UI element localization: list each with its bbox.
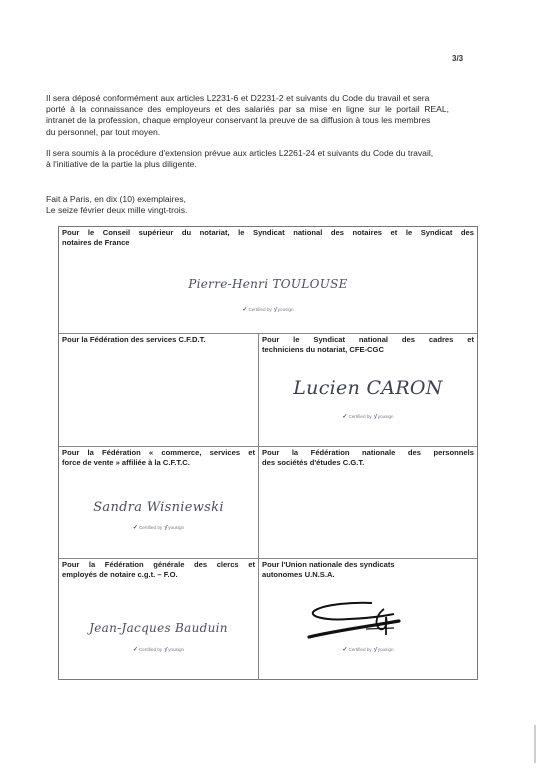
cell-title-line: Pour le Syndicat national des cadres et xyxy=(262,335,474,345)
certified-badge: ✓Certified by ƴyousign xyxy=(59,524,258,531)
certified-badge: ✓Certified by ƴyousign xyxy=(59,646,258,653)
signer-name: Pierre-Henri TOULOUSE xyxy=(59,277,477,291)
check-icon: ✓ xyxy=(342,647,347,653)
cell-title: Pour la Fédération des services C.F.D.T. xyxy=(59,334,258,346)
signature-cell-cgt: Pour la Fédération nationale des personn… xyxy=(259,447,477,558)
yousign-logo-icon: ƴ xyxy=(374,414,377,420)
certified-badge: ✓Certified by ƴyousign xyxy=(259,413,477,420)
certified-label: Certified by xyxy=(248,307,271,312)
certified-label: Certified by xyxy=(139,647,162,652)
signer-name: Jean-Jacques Bauduin xyxy=(59,621,258,635)
cell-title: Pour l'Union nationale des syndicats aut… xyxy=(259,559,477,581)
paragraph-line: Il sera soumis à la procédure d'extensio… xyxy=(46,148,456,159)
certified-brand: yousign xyxy=(378,647,394,652)
paragraph-line: porté à la connaissance des employeurs e… xyxy=(46,104,456,115)
certified-label: Certified by xyxy=(139,525,162,530)
cell-title-line: des sociétés d'études C.G.T. xyxy=(262,458,474,468)
check-icon: ✓ xyxy=(342,414,347,420)
cell-title-line: Pour la Fédération nationale des personn… xyxy=(262,448,474,458)
certified-brand: yousign xyxy=(168,525,184,530)
yousign-logo-icon: ƴ xyxy=(374,647,377,653)
page-number: 3/3 xyxy=(452,54,463,63)
signature-cell-fo: Pour la Fédération générale des clercs e… xyxy=(59,559,258,679)
cell-title: Pour la Fédération nationale des personn… xyxy=(259,447,477,469)
cell-title-line: notaires de France xyxy=(62,238,474,248)
check-icon: ✓ xyxy=(133,525,138,531)
signer-name: Sandra Wisniewski xyxy=(59,500,258,515)
cell-title: Pour le Syndicat national des cadres et … xyxy=(259,334,477,356)
place-date: Fait à Paris, en dix (10) exemplaires, L… xyxy=(46,194,187,216)
check-icon: ✓ xyxy=(133,647,138,653)
certified-label: Certified by xyxy=(348,414,371,419)
paragraph-line: du personnel, par tout moyen. xyxy=(46,127,456,138)
cell-title-line: techniciens du notariat, CFE-CGC xyxy=(262,345,474,355)
handwritten-signature-image xyxy=(304,599,414,645)
certified-badge: ✓Certified by ƴyousign xyxy=(59,306,477,313)
certified-badge: ✓Certified by ƴyousign xyxy=(259,646,477,653)
date-line: Le seize février deux mille vingt-trois. xyxy=(46,205,187,216)
paragraph-line: Il sera déposé conformément aux articles… xyxy=(46,93,456,104)
yousign-logo-icon: ƴ xyxy=(274,307,277,313)
yousign-logo-icon: ƴ xyxy=(164,525,167,531)
cell-title-line: force de vente » affiliée à la C.F.T.C. xyxy=(62,458,255,468)
certified-label: Certified by xyxy=(348,647,371,652)
cell-title: Pour la Fédération « commerce, services … xyxy=(59,447,258,469)
certified-brand: yousign xyxy=(278,307,294,312)
place-line: Fait à Paris, en dix (10) exemplaires, xyxy=(46,194,187,205)
cell-title-line: Pour l'Union nationale des syndicats xyxy=(262,560,474,570)
yousign-logo-icon: ƴ xyxy=(164,647,167,653)
cell-title-line: employés de notaire c.g.t. – F.O. xyxy=(62,570,255,580)
check-icon: ✓ xyxy=(242,307,247,313)
certified-brand: yousign xyxy=(168,647,184,652)
signature-cell-csn: Pour le Conseil supérieur du notariat, l… xyxy=(59,227,477,333)
cell-title-line: Pour la Fédération « commerce, services … xyxy=(62,448,255,458)
signer-name: Lucien CARON xyxy=(259,377,477,399)
signature-cell-unsa: Pour l'Union nationale des syndicats aut… xyxy=(259,559,477,679)
paragraph-extension: Il sera soumis à la procédure d'extensio… xyxy=(46,148,456,170)
scrollbar[interactable] xyxy=(534,725,536,763)
cell-title-line: Pour le Conseil supérieur du notariat, l… xyxy=(62,228,474,238)
cell-title: Pour la Fédération générale des clercs e… xyxy=(59,559,258,581)
signature-cell-cfe-cgc: Pour le Syndicat national des cadres et … xyxy=(259,334,477,446)
signature-cell-cfdt: Pour la Fédération des services C.F.D.T. xyxy=(59,334,258,446)
cell-title-line: autonomes U.N.S.A. xyxy=(262,570,474,580)
paragraph-line: à l'initiative de la partie la plus dili… xyxy=(46,159,456,170)
cell-title: Pour le Conseil supérieur du notariat, l… xyxy=(59,227,477,249)
signature-cell-cftc: Pour la Fédération « commerce, services … xyxy=(59,447,258,558)
cell-title-line: Pour la Fédération générale des clercs e… xyxy=(62,560,255,570)
cell-title-line: Pour la Fédération des services C.F.D.T. xyxy=(62,335,255,345)
paragraph-line: intranet de la profession, chaque employ… xyxy=(46,115,456,126)
signature-table: Pour le Conseil supérieur du notariat, l… xyxy=(58,226,478,680)
certified-brand: yousign xyxy=(378,414,394,419)
paragraph-deposit: Il sera déposé conformément aux articles… xyxy=(46,93,456,138)
